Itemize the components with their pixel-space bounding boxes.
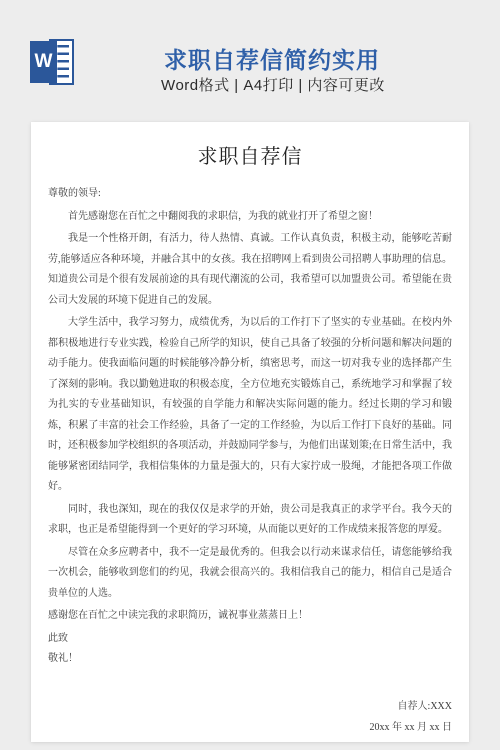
signature-date: 20xx 年 xx 月 xx 日 <box>48 717 452 738</box>
template-title: 求职自荐信简约实用 <box>164 42 380 75</box>
closing-jingli: 敬礼！ <box>48 649 452 670</box>
paragraph: 尽管在众多应聘者中，我不一定是最优秀的。但我会以行动来谋求信任，请您能够给我一次… <box>48 543 452 605</box>
salutation: 尊敬的领导: <box>48 184 452 205</box>
signer-name: 自荐人:XXX <box>48 696 452 717</box>
word-icon-letter: W <box>30 41 57 83</box>
template-header: W 求职自荐信简约实用 Word格式 | A4打印 | 内容可更改 <box>0 0 500 122</box>
letter-title: 求职自荐信 <box>48 140 452 169</box>
letter-body: 尊敬的领导: 首先感谢您在百忙之中翻阅我的求职信，为我的就业打开了希望之窗！ 我… <box>48 184 452 627</box>
paragraph: 同时，我也深知，现在的我仅仅是求学的开始，贵公司是我真正的求学平台。我今天的求职… <box>48 500 452 541</box>
document-page: 求职自荐信 尊敬的领导: 首先感谢您在百忙之中翻阅我的求职信，为我的就业打开了希… <box>31 122 469 742</box>
word-icon: W <box>30 38 74 86</box>
page: W 求职自荐信简约实用 Word格式 | A4打印 | 内容可更改 求职自荐信 … <box>0 0 500 750</box>
closing-cizhi: 此致 <box>48 629 452 650</box>
paragraph: 我是一个性格开朗，有活力，待人热情、真诚。工作认真负责，积极主动，能够吃苦耐劳,… <box>48 229 452 311</box>
paragraph: 大学生活中，我学习努力，成绩优秀，为以后的工作打下了坚实的专业基础。在校内外都积… <box>48 313 452 498</box>
signature-block: 自荐人:XXX 20xx 年 xx 月 xx 日 <box>48 696 452 738</box>
paragraph: 首先感谢您在百忙之中翻阅我的求职信，为我的就业打开了希望之窗！ <box>48 207 452 228</box>
closing-block: 此致 敬礼！ <box>48 629 452 670</box>
paragraph: 感谢您在百忙之中读完我的求职简历，诚祝事业蒸蒸日上！ <box>48 606 452 627</box>
template-format-info: Word格式 | A4打印 | 内容可更改 <box>161 74 385 95</box>
